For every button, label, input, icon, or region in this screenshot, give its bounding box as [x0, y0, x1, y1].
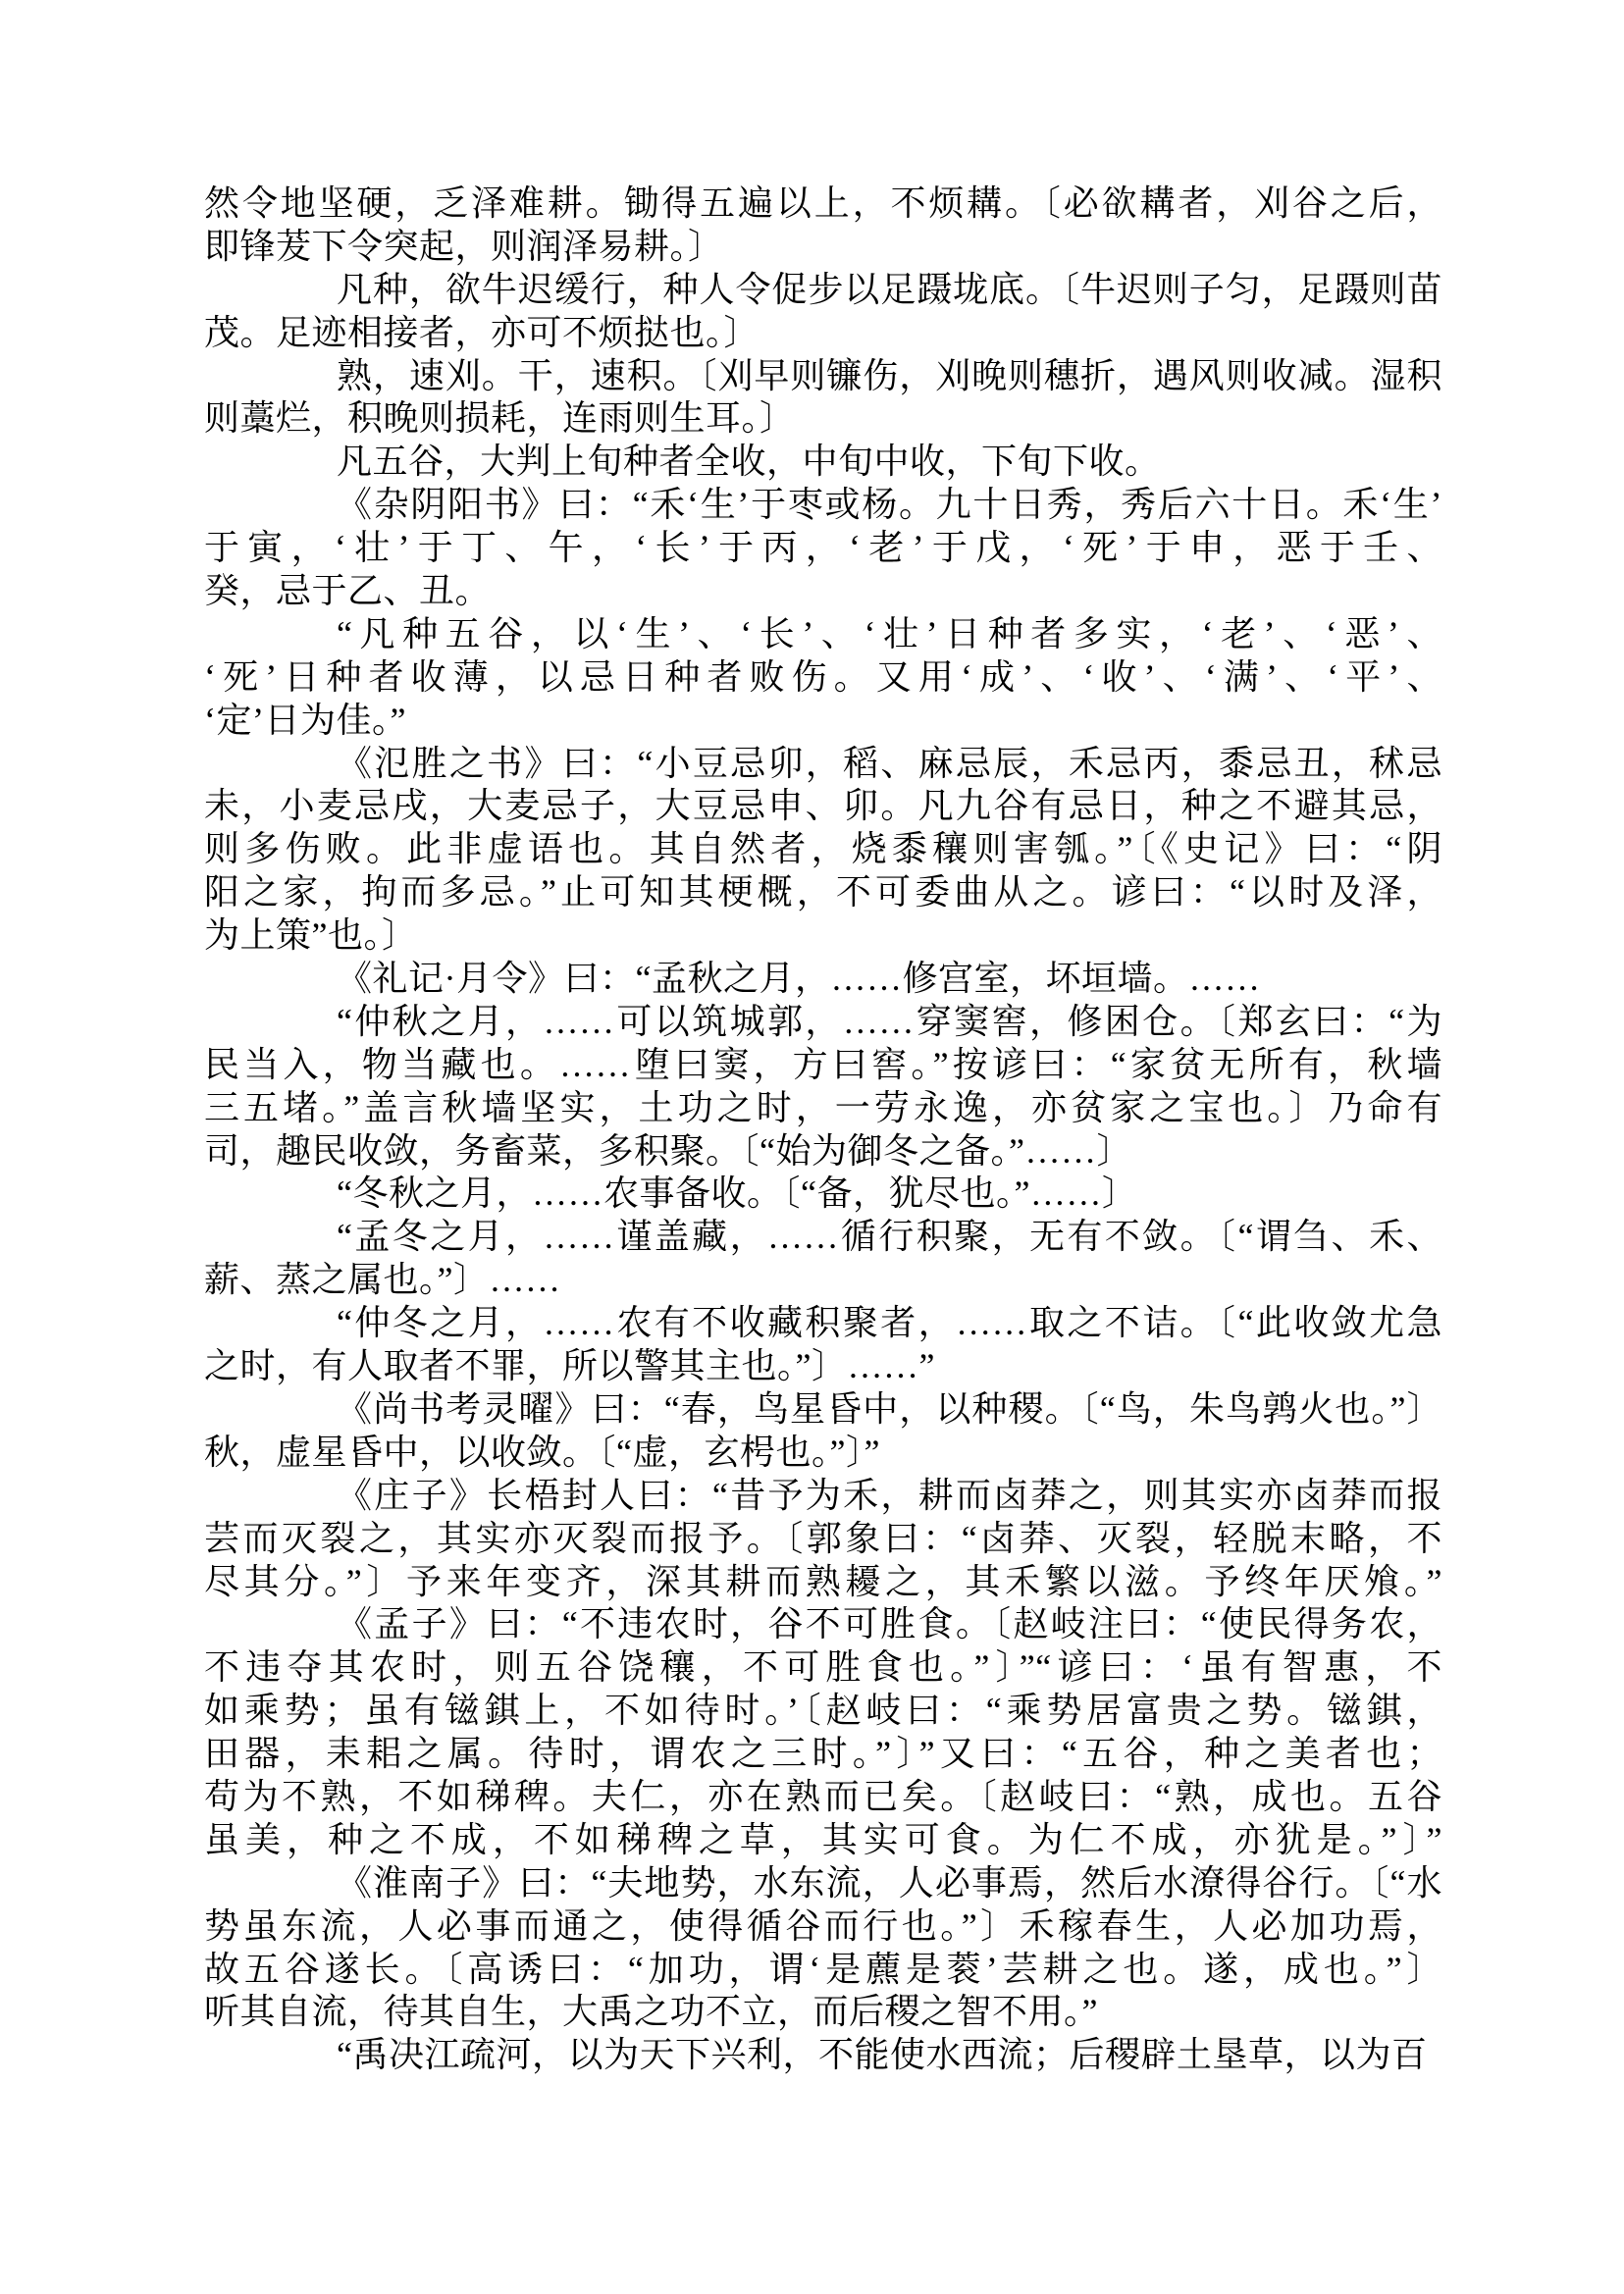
text-line: “冬秋之月，……农事备收。〔“备，犹尽也。”……〕	[204, 1173, 1442, 1216]
text-line: 未，小麦忌戌，大麦忌子，大豆忌申、卯。凡九谷有忌日，种之不避其忌，	[204, 785, 1442, 828]
text-line: 秋，虚星昏中，以收敛。〔“虚，玄枵也。”〕”	[204, 1432, 1442, 1475]
text-line: “禹决江疏河，以为天下兴利，不能使水西流；后稷辟土垦草，以为百	[204, 2034, 1442, 2077]
text-line: 《淮南子》曰：“夫地势，水东流，人必事焉，然后水潦得谷行。〔“水	[204, 1862, 1442, 1905]
text-line: “凡种五谷，以‘生’、‘长’、‘壮’日种者多实，‘老’、‘恶’、	[204, 613, 1442, 656]
text-line: 芸而灭裂之，其实亦灭裂而报予。〔郭象曰：“卤莽、灭裂，轻脱末略，不	[204, 1518, 1442, 1561]
text-line: 三五堵。”盖言秋墙坚实，土功之时，一劳永逸，亦贫家之宝也。〕乃命有	[204, 1087, 1442, 1130]
text-line: ‘死’日种者收薄，以忌日种者败伤。又用‘成’、‘收’、‘满’、‘平’、	[204, 656, 1442, 700]
text-line: “仲冬之月，……农有不收藏积聚者，……取之不诘。〔“此收敛尤急	[204, 1302, 1442, 1345]
text-line: 不违夺其农时，则五谷饶穰，不可胜食也。”〕”“谚曰：‘虽有智惠，不	[204, 1646, 1442, 1690]
text-line: 虽美，种之不成，不如稊稗之草，其实可食。为仁不成，亦犹是。”〕”	[204, 1819, 1442, 1862]
text-line: ‘定’日为佳。”	[204, 700, 1442, 743]
text-line: 薪、蒸之属也。”〕……	[204, 1259, 1442, 1302]
text-line: 田器，耒耜之属。待时，谓农之三时。”〕”又曰：“五谷，种之美者也；	[204, 1733, 1442, 1776]
text-line: 茂。足迹相接者，亦可不烦挞也。〕	[204, 312, 1442, 355]
text-line: 司，趣民收敛，务畜菜，多积聚。〔“始为御冬之备。”……〕	[204, 1130, 1442, 1173]
text-line: 即锋茇下令突起，则润泽易耕。〕	[204, 226, 1442, 269]
text-line: 阳之家，拘而多忌。”止可知其梗概，不可委曲从之。谚曰：“以时及泽，	[204, 871, 1442, 914]
text-line: 听其自流，待其自生，大禹之功不立，而后稷之智不用。”	[204, 1991, 1442, 2034]
document-page: 然令地坚硬，乏泽难耕。锄得五遍以上，不烦耩。〔必欲耩者，刈谷之后，即锋茇下令突起…	[0, 0, 1624, 2294]
text-line: 之时，有人取者不罪，所以警其主也。”〕……”	[204, 1345, 1442, 1388]
text-line: 凡种，欲牛迟缓行，种人令促步以足蹑垅底。〔牛迟则子匀，足蹑则苗	[204, 269, 1442, 312]
text-line: 《庄子》长梧封人曰：“昔予为禾，耕而卤莽之，则其实亦卤莽而报予；	[204, 1475, 1442, 1518]
text-line: 《孟子》曰：“不违农时，谷不可胜食。〔赵岐注曰：“使民得务农，	[204, 1603, 1442, 1646]
text-line: 《氾胜之书》曰：“小豆忌卯，稻、麻忌辰，禾忌丙，黍忌丑，秫忌寅、	[204, 743, 1442, 786]
page-text: 然令地坚硬，乏泽难耕。锄得五遍以上，不烦耩。〔必欲耩者，刈谷之后，即锋茇下令突起…	[204, 182, 1442, 2077]
text-line: 《杂阴阳书》曰：“禾‘生’于枣或杨。九十日秀，秀后六十日。禾‘生’	[204, 484, 1442, 527]
text-line: 凡五谷，大判上旬种者全收，中旬中收，下旬下收。	[204, 441, 1442, 484]
text-line: 癸，忌于乙、丑。	[204, 570, 1442, 613]
text-line: 则藁烂，积晚则损耗，连雨则生耳。〕	[204, 397, 1442, 441]
text-line: 于寅，‘壮’于丁、午，‘长’于丙，‘老’于戊，‘死’于申，恶于壬、	[204, 527, 1442, 570]
text-line: 故五谷遂长。〔高诱曰：“加功，谓‘是藨是蓘’芸耕之也。遂，成也。”〕	[204, 1949, 1442, 1992]
text-line: 则多伤败。此非虚语也。其自然者，烧黍穰则害瓠。”〔《史记》曰：“阴	[204, 828, 1442, 871]
text-line: 然令地坚硬，乏泽难耕。锄得五遍以上，不烦耩。〔必欲耩者，刈谷之后，	[204, 182, 1442, 226]
text-line: 尽其分。”〕予来年变齐，深其耕而熟耰之，其禾繁以滋。予终年厌飧。”	[204, 1561, 1442, 1604]
text-line: “仲秋之月，……可以筑城郭，……穿窦窖，修困仓。〔郑玄曰：“为	[204, 1001, 1442, 1044]
text-line: 熟，速刈。干，速积。〔刈早则镰伤，刈晚则穗折，遇风则收减。湿积	[204, 355, 1442, 398]
text-line: 民当入，物当藏也。……堕曰窦，方曰窖。”按谚曰：“家贫无所有，秋墙	[204, 1044, 1442, 1087]
text-line: 苟为不熟，不如稊稗。夫仁，亦在熟而已矣。〔赵岐曰：“熟，成也。五谷	[204, 1776, 1442, 1819]
text-line: 《礼记·月令》曰：“孟秋之月，……修宫室，坏垣墙。……	[204, 958, 1442, 1001]
text-line: 《尚书考灵曜》曰：“春，鸟星昏中，以种稷。〔“鸟，朱鸟鹑火也。”〕	[204, 1388, 1442, 1432]
text-line: “孟冬之月，……谨盖藏，……循行积聚，无有不敛。〔“谓刍、禾、	[204, 1216, 1442, 1259]
text-line: 为上策”也。〕	[204, 914, 1442, 958]
text-line: 势虽东流，人必事而通之，使得循谷而行也。”〕禾稼春生，人必加功焉，	[204, 1905, 1442, 1949]
text-line: 如乘势；虽有镃錤上，不如待时。’〔赵岐曰：“乘势居富贵之势。镃錤，	[204, 1690, 1442, 1733]
